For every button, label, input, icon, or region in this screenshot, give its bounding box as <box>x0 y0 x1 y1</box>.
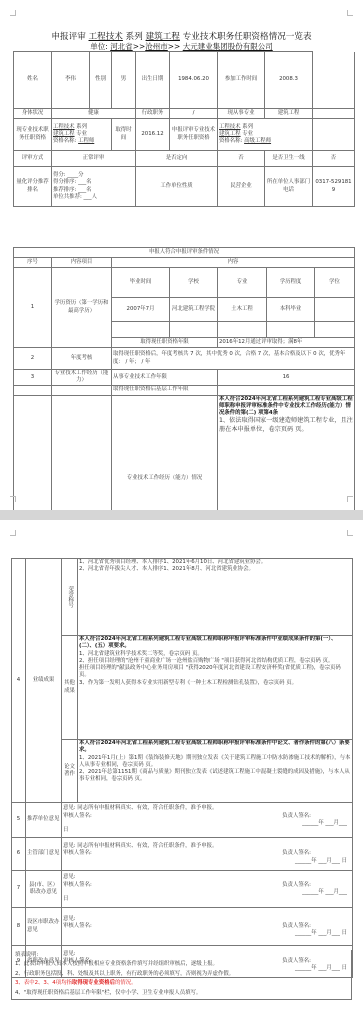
col-header-content: 内容 <box>112 258 355 268</box>
edu-level: 本科毕业 <box>267 298 315 322</box>
opinion-row: 6 主管部门意见 意见: 同志所有申报材料真实、有效，符合任职条件，准予申报。 … <box>12 838 353 871</box>
page-corner-mark <box>10 496 16 502</box>
paper-item: 1、2021年1月(上）第1期《装饰装修天地》期刊独立发表《关于建筑工程施工中防… <box>79 755 351 770</box>
photo-cell <box>313 52 355 109</box>
experience-no: 3 <box>14 370 52 386</box>
annual-no: 2 <box>14 348 52 370</box>
obtained-value: 2016.12 <box>136 119 170 151</box>
achievements-table: 4 业绩成果 荣誉称号 1、河北省优秀项目经理、本人排序1、2021年6月10日… <box>11 558 353 978</box>
opinion-no: 7 <box>12 871 26 908</box>
page-corner-mark <box>10 530 16 536</box>
other-item: 1、河北省建筑业科学技术奖二等奖，卷宗页码 页。 <box>79 651 351 658</box>
annual-label: 年度考核 <box>52 348 112 370</box>
other-item: 3、作为第一发明人获得本专业实用新型专利《一种土木工程检测钻孔装置》，卷宗页码 … <box>79 680 351 687</box>
note-item: 1、此表由申报人员本人按照申报相应专业资格条件填写并经组织审核后，逐级上报。 <box>15 960 348 969</box>
papers-label: 论文著作 <box>62 740 78 803</box>
empty-cell <box>267 322 315 338</box>
papers: 本人符合2024年河北省工程系列建筑工程专业高级工程师职称申报评审标准条件中论文… <box>78 740 353 803</box>
hr-phone-label: 所在单位人事部门电话 <box>265 167 313 207</box>
opinion-label: 设区市职改办意见 <box>26 908 62 946</box>
page-corner-mark <box>10 10 16 16</box>
empty-cell <box>170 322 218 338</box>
paper-item: 2、2021年总第1151期《商品与质量》期刊独立发表《试述建筑工程施工中混凝土… <box>79 769 351 784</box>
opinion-row: 8 设区市职改办意见 意见: 审核人签名:负责人签名: ______年 ___月… <box>12 908 353 946</box>
edu-label: 学历资历（第一学历和最高学历） <box>52 268 112 348</box>
org-type-value: 民营企业 <box>218 167 265 207</box>
health-value: 健康 <box>52 109 136 119</box>
empty-cell <box>313 119 355 151</box>
empty-cell <box>315 322 355 338</box>
qual-years-value: 2016年12月通过评审取得；满8年 <box>218 338 355 348</box>
other-achievements-label: 其他成果 <box>62 636 78 740</box>
edu-header-level: 学历程度 <box>267 268 315 298</box>
opinion-label: 县(市、区）职改办意见 <box>26 871 62 908</box>
health-frontline-label: 是否卫生一线 <box>265 151 313 167</box>
annual-text: 取得现任职资格后，年度考核共 7 次，其中优秀 0 次，合格 7 次，基本合格及… <box>112 348 355 370</box>
opinion-no: 6 <box>12 838 26 871</box>
work-start-value: 2008.3 <box>265 52 313 109</box>
empty-cell <box>112 322 170 338</box>
name-value: 李伟 <box>52 52 90 109</box>
name-label: 姓名 <box>14 52 52 109</box>
birth-label: 出生日期 <box>136 52 170 109</box>
note-item: 2、行政职务包括股、科、处级及其以上职务，有行政职务的必须填写，否则视为弄虚作假… <box>15 970 348 979</box>
note-item: 4、"取得现任职资格后基层工作年限"栏，仅中小学、卫生专业申报人员填写。 <box>15 989 348 998</box>
other-item: 担任项目经理的"献县政务中心业务用房项目 "获得2020年度河北省建设工程安济杯… <box>79 665 351 680</box>
edu-school: 河北建筑工程学院 <box>170 298 218 322</box>
edu-header-grad-time: 毕业时间 <box>112 268 170 298</box>
honors-list: 1、河北省优秀项目经理、本人排序1、2021年6月10日、河北省建筑业协会。 2… <box>78 559 353 636</box>
edu-header-degree: 学位 <box>315 268 355 298</box>
edu-grad-time: 2007年7月 <box>112 298 170 322</box>
opinion-no: 8 <box>12 908 26 946</box>
admin-post-value: / <box>170 109 218 119</box>
experience-label: 专业技术工作经历（能力） <box>52 370 112 386</box>
achievements-label: 业绩成果 <box>26 559 62 803</box>
honors-label: 荣誉称号 <box>62 559 78 636</box>
empty-cell <box>14 385 52 395</box>
note-item-highlighted: 3、表中2、3、4项均指取得现专业资格后的情况。 <box>15 979 348 988</box>
directed-label: 是否定向 <box>136 151 218 167</box>
review-method-value: 正常评审 <box>52 151 136 167</box>
current-qual-label: 现专业技术职务任职资格 <box>14 119 52 151</box>
experience-years-label: 从事专业技术工作年限 <box>112 370 218 386</box>
health-frontline-value: 否 <box>313 151 355 167</box>
apply-qual-value: 工程技术 系列 建筑工程 专业 资格名称: 高级工程师 <box>218 119 313 151</box>
birth-value: 1984.06.20 <box>170 52 218 109</box>
page-corner-mark <box>347 530 353 536</box>
empty-cell <box>218 322 267 338</box>
experience-years-value: 16 <box>218 370 355 386</box>
notes-title: 填表说明: <box>15 951 348 960</box>
current-major-label: 现从事专业 <box>218 109 265 119</box>
honor-item: 2、河北省青年拔尖人才、本人排序1、2021年8月、河北省建筑业协会。 <box>79 566 351 573</box>
basic-info-table: 姓名 李伟 性别 男 出生日期 1984.06.20 参加工作时间 2008.3… <box>13 51 355 207</box>
edu-header-major: 专业 <box>218 268 267 298</box>
page-separator <box>0 510 363 520</box>
grassroots-years-value <box>218 385 355 395</box>
gender-value: 男 <box>112 52 136 109</box>
current-major-value: 建筑工程 <box>265 109 313 119</box>
col-header-item: 内容项目 <box>52 258 112 268</box>
gender-label: 性别 <box>90 52 112 109</box>
opinion-no: 5 <box>12 803 26 838</box>
page-1: 申报评审 工程技术 系列 建筑工程 专业技术职务任职资格情况一览表 单位: 河北… <box>0 0 363 510</box>
org-type-label: 工作单位性质 <box>136 167 218 207</box>
hr-phone-value: 0317-5291819 <box>313 167 355 207</box>
edu-no: 1 <box>14 268 52 348</box>
edu-header-school: 学校 <box>170 268 218 298</box>
conditions-section-title: 申报人符合申报评审条件情况 <box>14 248 355 258</box>
grassroots-years-label: 取得现任职资格后基层工作年限 <box>112 385 218 395</box>
empty-cell <box>313 109 355 119</box>
page-corner-mark <box>347 10 353 16</box>
opinion-row: 5 推荐单位意见 意见: 同志所有申报材料真实、有效，符合任职条件，准予申报。 … <box>12 803 353 838</box>
qual-years-label: 取得现任职资格年限 <box>112 338 218 348</box>
filling-instructions: 填表说明: 1、此表由申报人员本人按照申报相应专业资格条件填写并经组织审核后，逐… <box>11 950 352 1000</box>
achievements-no: 4 <box>12 559 26 803</box>
edu-major: 土木工程 <box>218 298 267 322</box>
health-label: 身体状况 <box>14 109 52 119</box>
empty-cell <box>52 385 112 395</box>
page-corner-mark <box>347 496 353 502</box>
admin-post-label: 行政职务 <box>136 109 170 119</box>
opinion-content: 意见: 同志所有申报材料真实、有效，符合任职条件，准予申报。 审核人签名:负责人… <box>62 838 353 871</box>
col-header-no: 序号 <box>14 258 52 268</box>
conditions-table: 申报人符合申报评审条件情况 序号 内容项目 内容 1 学历资历（第一学历和最高学… <box>13 247 355 534</box>
opinion-content: 意见: 审核人签名:负责人签名: ______年 ___月___ 日 <box>62 908 353 946</box>
edu-degree <box>315 298 355 322</box>
ranking-values: 得分: ____分 得分排序: ___名 推荐排序: ___名 单位共推荐: _… <box>52 167 136 207</box>
ranking-label: 量化评分推荐排名 <box>14 167 52 207</box>
directed-value: 否 <box>218 151 265 167</box>
opinion-content: 意见: 审核人签名:负责人签名: ______年 ___月___ 日 <box>62 871 353 908</box>
other-achievements: 本人符合2024年河北省工程系列建筑工程专业高级工程师职称申报评审标准条件中业绩… <box>78 636 353 740</box>
opinion-row: 7 县(市、区）职改办意见 意见: 审核人签名:负责人签名: ______年 _… <box>12 871 353 908</box>
review-method-label: 评审方式 <box>14 151 52 167</box>
apply-qual-label: 申报评审专业技术职务任职资格 <box>170 119 218 151</box>
opinion-label: 推荐单位意见 <box>26 803 62 838</box>
opinion-content: 意见: 同志所有申报材料真实、有效，符合任职条件，准予申报。 审核人签名:负责人… <box>62 803 353 838</box>
obtained-label: 取得时间 <box>112 119 136 151</box>
opinion-label: 主管部门意见 <box>26 838 62 871</box>
current-qual-value: 工程技术 系列 建筑工程 专业 资格名称: 工程师 <box>52 119 112 151</box>
work-start-label: 参加工作时间 <box>218 52 265 109</box>
